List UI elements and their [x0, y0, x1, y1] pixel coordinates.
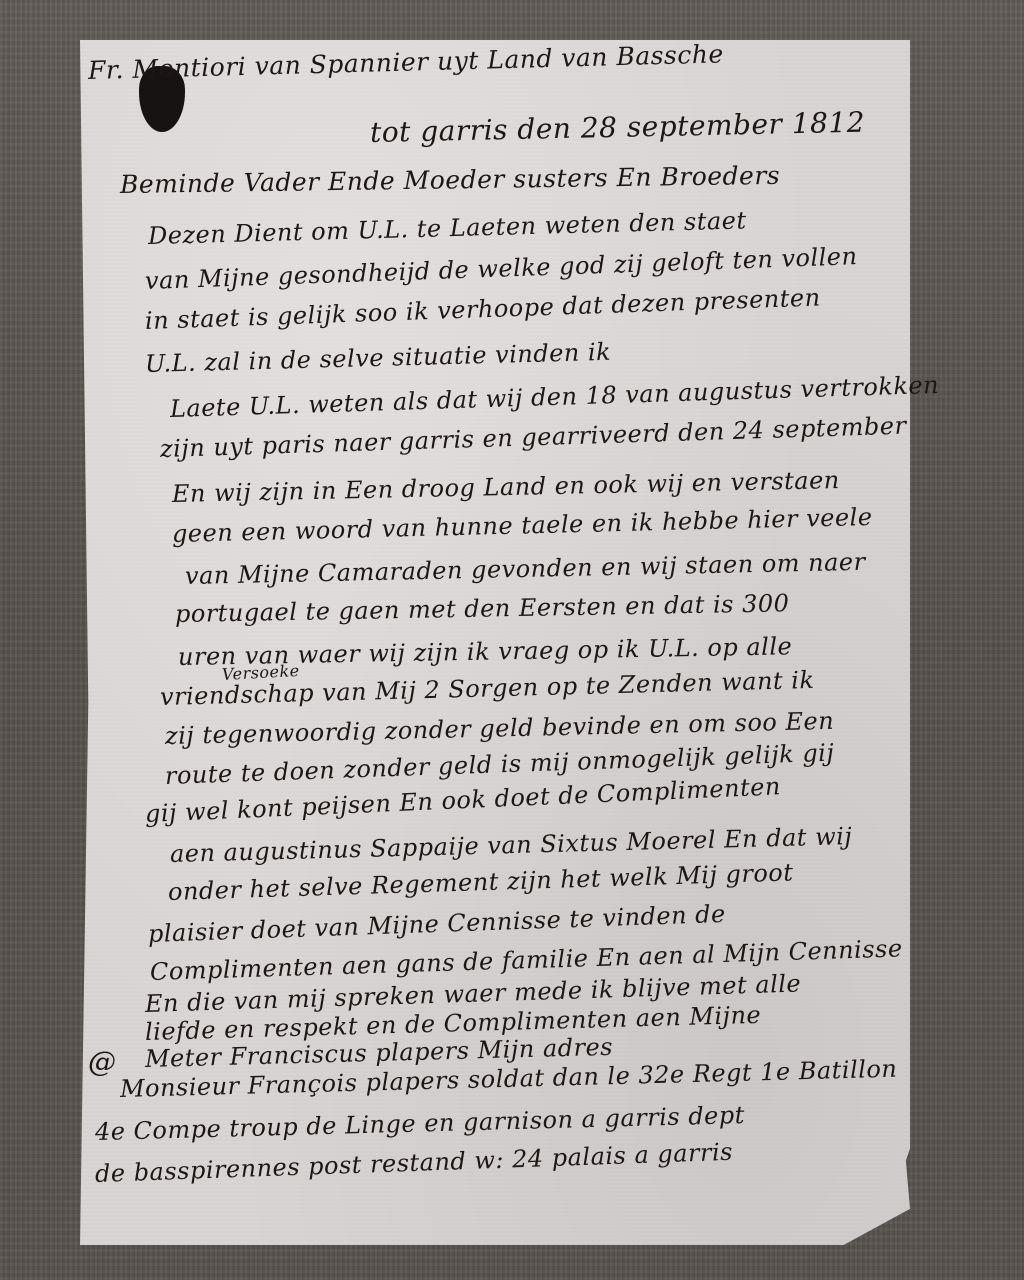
- address-marker: @: [88, 1045, 117, 1078]
